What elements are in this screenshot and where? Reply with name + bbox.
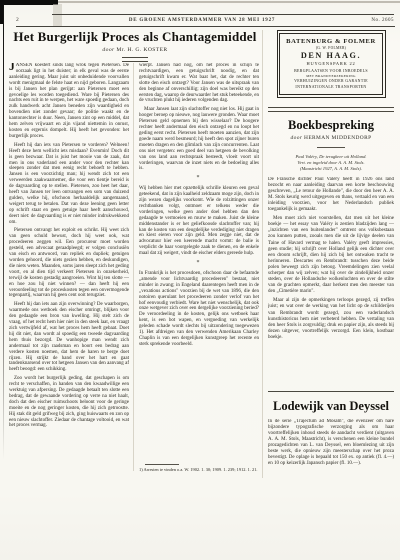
footnote-rule xyxy=(145,464,179,465)
footnote-block: 1) Arresten te vinden o.a. W. 1902. 1. 3… xyxy=(139,462,259,472)
scan-fold-line xyxy=(3,4,4,460)
ad-city: DEN HAAG. xyxy=(282,51,380,60)
section-double-rule xyxy=(268,107,394,112)
review-paragraph: De Fransche dichter Paul Valéry heeft in… xyxy=(268,177,394,214)
column-divider-2 xyxy=(262,30,263,478)
scan-top-edge xyxy=(58,1,400,3)
ad-address: HUYGENSPARK 22 xyxy=(282,61,380,66)
review-paragraph: Men moet zich niet voorstellen, dat men … xyxy=(268,216,394,295)
header-rule-bottom xyxy=(16,26,395,27)
article-column-1: JANSEN koestert sinds lang wrok tegen Pi… xyxy=(9,63,129,472)
footnote-text: 1) Arresten te vinden o.a. W. 1902. 1. 3… xyxy=(139,467,259,472)
article-title: Het Burgerlijk Proces als Chantagemiddel xyxy=(8,30,262,44)
header-rule-top xyxy=(52,14,394,15)
article-paragraph: Wij hebben hier met opzettelijk schrille… xyxy=(139,186,259,257)
advertisement-box: BATENBURG & FOLMER (G. W. FOLMER) DEN HA… xyxy=(277,30,386,98)
article-paragraph: Heeft hij dan iets van Pietersen te vord… xyxy=(9,143,129,226)
paragraph-text: ANSEN koestert sinds lang wrok tegen Pie… xyxy=(9,63,129,139)
scan-smudge xyxy=(53,4,62,26)
section-separator: * xyxy=(139,261,259,267)
article-paragraph: Heeft hij dan iets aan zijn overwinning?… xyxy=(9,302,129,373)
newspaper-page: 2 DE GROENE AMSTERDAMMER VAN 28 MEI 1927… xyxy=(0,0,400,560)
masthead-row: 2 DE GROENE AMSTERDAMMER VAN 28 MEI 1927… xyxy=(16,17,394,23)
review-body: De Fransche dichter Paul Valéry heeft in… xyxy=(268,177,394,389)
byline-prefix: door xyxy=(102,47,114,53)
title-divider xyxy=(122,57,148,62)
article-paragraph: Zoo wordt het burgerlijk geding, dat ges… xyxy=(9,376,129,429)
ad-service-2: MET BRANDVERZEKERING xyxy=(282,74,380,78)
citation-line: (Maastricht 1927, A. A. M. Stols). xyxy=(268,166,394,172)
article-column-2: wierpt. Jansen had nog, om het proces in… xyxy=(139,63,259,472)
drop-cap: J xyxy=(9,63,15,73)
article-paragraph: Maar Jansen laat zijn slachtoffer nog ni… xyxy=(139,107,259,172)
issue-number: No. 2605 xyxy=(354,18,394,23)
article-paragraph: In Frankrijk is het procesdoen, ofschoon… xyxy=(139,271,259,348)
review-byline-author: HERMAN MIDDENDORP xyxy=(304,135,371,141)
page-number: 2 xyxy=(16,17,50,23)
review-section-heading: Boekbespreking xyxy=(268,119,394,132)
review-divider xyxy=(317,147,345,148)
right-column: BATENBURG & FOLMER (G. W. FOLMER) DEN HA… xyxy=(268,30,394,483)
masthead-title: DE GROENE AMSTERDAMMER VAN 28 MEI 1927 xyxy=(50,18,354,23)
ad-subname: (G. W. FOLMER) xyxy=(282,46,380,50)
byline-author: Mr. H. G. KOSTER xyxy=(116,47,167,53)
review-byline: door HERMAN MIDDENDORP xyxy=(268,135,394,141)
article-paragraph: wierpt. Jansen had nog, om het proces in… xyxy=(139,63,259,104)
article-header: Het Burgerlijk Proces als Chantagemiddel… xyxy=(8,30,262,62)
advertisement-inner: BATENBURG & FOLMER (G. W. FOLMER) DEN HA… xyxy=(279,33,383,96)
article-paragraph: JANSEN koestert sinds lang wrok tegen Pi… xyxy=(9,63,129,140)
section-separator: * xyxy=(139,176,259,182)
book-citation: Paul Valéry, De terugkeer uit Holland. V… xyxy=(268,154,394,172)
column-divider-1 xyxy=(133,63,134,471)
review-paragraph: Maar al zijn de opmerkingen terloops gez… xyxy=(268,298,394,341)
deyssel-paragraph: In de serie „Trajectum ad Mosam", die ev… xyxy=(268,419,394,468)
ad-service-4: INTERNATIONALE TRANSPORTEN xyxy=(282,85,380,89)
section-rule xyxy=(268,391,394,392)
article-byline: door Mr. H. G. KOSTER xyxy=(8,47,262,53)
review-byline-prefix: door xyxy=(291,135,303,141)
ad-service-1: BERGPLAATSEN VOOR INBOEDELS xyxy=(282,69,380,73)
ad-service-3: VERHUIZINGEN ONDER GARANTIE xyxy=(282,79,380,83)
ad-company-name: BATENBURG & FOLMER xyxy=(282,38,380,45)
deyssel-body: In de serie „Trajectum ad Mosam", die ev… xyxy=(268,419,394,483)
scan-artifact-top xyxy=(0,0,58,5)
deyssel-heading: Lodewijk van Deyssel xyxy=(268,400,394,413)
article-paragraph: Pietersen ontvangt het exploit en schrik… xyxy=(9,228,129,299)
